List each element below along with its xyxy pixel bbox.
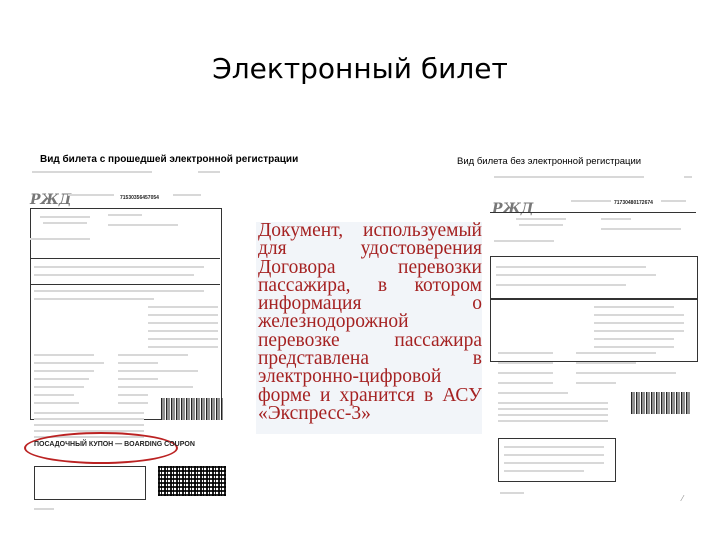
barcode-image — [161, 398, 223, 420]
right-ticket-caption: Вид билета без электронной регистрации — [457, 156, 641, 167]
definition-textbox: Документ, используемый для удостоверения… — [256, 222, 482, 434]
rzd-logo: РЖД — [30, 192, 71, 208]
left-order-number: 71530356457054 — [120, 195, 159, 201]
left-ticket-caption: Вид билета с прошедшей электронной регис… — [40, 154, 298, 165]
right-order-number: 71730480172674 — [614, 200, 653, 206]
boarding-coupon-label: ПОСАДОЧНЫЙ КУПОН — BOARDING COUPON — [34, 441, 195, 448]
definition-text: Документ, используемый для удостоверения… — [256, 222, 482, 423]
pen-mark-icon: ⁄ — [682, 494, 683, 503]
boarding-coupon-highlight — [24, 432, 178, 464]
right-ticket-image: РЖД 71730480172674 ⁄ — [486, 170, 698, 515]
slide-title: Электронный билет — [0, 52, 720, 85]
2d-barcode-image — [158, 466, 226, 496]
rzd-logo: РЖД — [492, 201, 533, 217]
left-ticket-image: РЖД 71530356457054 — [28, 166, 256, 516]
barcode-image — [631, 392, 691, 414]
